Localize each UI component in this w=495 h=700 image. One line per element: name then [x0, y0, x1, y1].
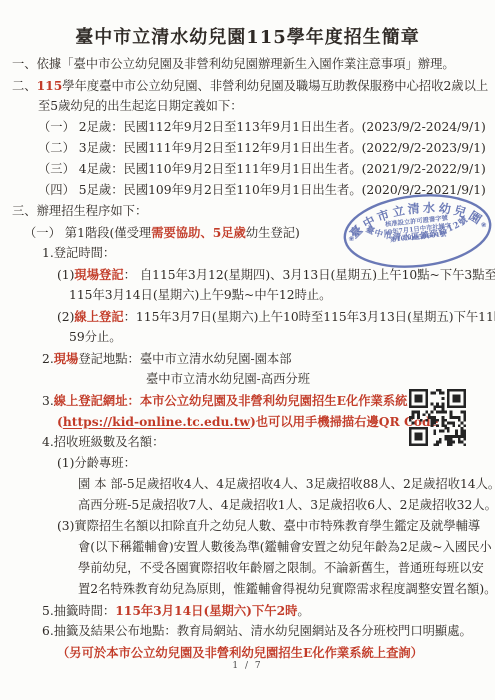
text-line: 園 本 部-5足歲招收4人、4足歲招收4人、3足歲招收88人、2足歲招收14人。 — [0, 474, 495, 495]
text-run: 學年度臺中市公立幼兒園、非營利幼兒園及職場互助教保服務中心招收2歲以上 — [62, 79, 488, 93]
text-run: 1.登記時間： — [42, 246, 115, 260]
highlighted-text-run: 現場 — [54, 351, 79, 366]
text-run: （一） 2足歲：民國112年9月2日至113年9月1日出生者。(2023/9/2… — [38, 120, 486, 134]
text-line: 會(以下稱鑑輔會)安置人數後為準(鑑輔會安置之幼兒年齡為2足歲~入國民小 — [0, 537, 495, 558]
document-body: 一、依據「臺中市公立幼兒園及非營利幼兒園辦理新生入園作業注意事項」辦理。二、11… — [0, 54, 495, 663]
text-run: (1) — [57, 268, 74, 282]
highlighted-text-run: 線上登記網址：本市公立幼兒園及非營利幼兒園招生E化作業系統 — [54, 393, 408, 408]
text-line: 三、辦理招生程序如下： — [0, 201, 495, 222]
text-line: （四） 5足歲：民國109年9月2日至110年9月1日出生者。(2020/9/2… — [0, 180, 495, 201]
text-run: 。 — [297, 604, 309, 618]
text-run: 幼生登記) — [246, 226, 300, 240]
text-run: （三） 4足歲：民國110年9月2日至111年9月1日出生者。(2021/9/2… — [38, 162, 486, 176]
text-line: （一） 第1階段(僅受理需要協助、5足歲幼生登記) — [0, 222, 495, 243]
text-run: ： 自115年3月12(星期四)、3月13日(星期五)上午10點~下午3點至 — [124, 268, 495, 282]
text-run: 59分止。 — [69, 330, 122, 344]
text-run: 二、 — [12, 79, 37, 93]
text-run: 5.抽籤時間： — [42, 604, 115, 618]
text-run: 會(以下稱鑑輔會)安置人數後為準(鑑輔會安置之幼兒年齡為2足歲~入國民小 — [78, 540, 492, 554]
text-run: （四） 5足歲：民國109年9月2日至110年9月1日出生者。(2020/9/2… — [38, 183, 486, 197]
text-run: (1)分齡專班： — [57, 456, 136, 470]
text-line: 臺中市立清水幼兒園-高西分班 — [0, 369, 495, 390]
text-run: (3)實際招生名額以扣除直升之幼兒人數、臺中市特殊教育學生鑑定及就學輔導 — [57, 519, 480, 533]
text-line: 二、115學年度臺中市公立幼兒園、非營利幼兒園及職場互助教保服務中心招收2歲以上 — [0, 75, 495, 96]
highlighted-text-run: 115 — [37, 78, 63, 93]
text-run: 三、辦理招生程序如下： — [12, 204, 147, 218]
text-run: 3. — [42, 394, 54, 408]
text-run: （二） 3足歲：民國111年9月2日至112年9月1日出生者。(2022/9/2… — [38, 141, 486, 155]
text-line: 至5歲幼兒的出生起迄日期定義如下： — [0, 96, 495, 117]
text-line: 59分止。 — [0, 327, 495, 348]
text-run: 2. — [42, 352, 54, 366]
highlighted-text-run: 115年3月14日(星期六)下午2時 — [115, 603, 297, 618]
text-line: (1)現場登記： 自115年3月12(星期四)、3月13日(星期五)上午10點~… — [0, 264, 495, 285]
text-line: 5.抽籤時間：115年3月14日(星期六)下午2時。 — [0, 600, 495, 621]
highlighted-text-run: 需要協助、5足歲 — [151, 225, 246, 240]
text-run: 6.抽籤及結果公布地點：教育局網站、清水幼兒園網站及各分班校門口明顯處。 — [42, 624, 472, 638]
text-run: 一、依據「臺中市公立幼兒園及非營利幼兒園辦理新生入園作業注意事項」辦理。 — [12, 57, 455, 71]
text-run: 置2名特殊教育幼兒為原則，惟鑑輔會得視幼兒實際需求程度調整安置名額)。 — [78, 582, 495, 596]
highlighted-text-run: https://kid-online.tc.edu.tw — [63, 414, 250, 429]
text-run: 園 本 部-5足歲招收4人、4足歲招收4人、3足歲招收88人、2足歲招收14人。 — [78, 477, 495, 491]
document-title: 臺中市立清水幼兒園115學年度招生簡章 — [0, 22, 495, 54]
text-run: 臺中市立清水幼兒園-高西分班 — [146, 372, 310, 386]
text-line: (3)實際招生名額以扣除直升之幼兒人數、臺中市特殊教育學生鑑定及就學輔導 — [0, 516, 495, 537]
text-run: （一） 第1階段(僅受理 — [24, 226, 151, 240]
text-line: 1.登記時間： — [0, 243, 495, 264]
text-run: 115年3月14日(星期六)上午9點~中午12時止。 — [69, 288, 331, 302]
text-run: 至5歲幼兒的出生起迄日期定義如下： — [38, 99, 243, 113]
qr-code — [409, 389, 466, 446]
text-line: （一） 2足歲：民國112年9月2日至113年9月1日出生者。(2023/9/2… — [0, 117, 495, 138]
text-run: 登記地點：臺中市立清水幼兒園-園本部 — [78, 352, 291, 366]
text-run: 高西分班-5足歲招收7人、4足歲招收1人、3足歲招收6人、2足歲招收32人。 — [78, 498, 495, 512]
text-line: （二） 3足歲：民國111年9月2日至112年9月1日出生者。(2022/9/2… — [0, 138, 495, 159]
text-line: 高西分班-5足歲招收7人、4足歲招收1人、3足歲招收6人、2足歲招收32人。 — [0, 495, 495, 516]
text-line: （另可於本市公立幼兒園及非營利幼兒園招生E化作業系統上查詢） — [0, 642, 495, 663]
highlighted-text-run: 線上登記 — [74, 309, 123, 324]
text-line: (1)分齡專班： — [0, 453, 495, 474]
text-line: 115年3月14日(星期六)上午9點~中午12時止。 — [0, 285, 495, 306]
text-line: 學前幼兒，不受各園實際招收年齡層之限制。不論新舊生，普通班每班以安 — [0, 558, 495, 579]
text-line: （三） 4足歲：民國110年9月2日至111年9月1日出生者。(2021/9/2… — [0, 159, 495, 180]
document-page: 臺中市立清水幼兒園115學年度招生簡章 一、依據「臺中市公立幼兒園及非營利幼兒園… — [0, 0, 495, 700]
text-line: 置2名特殊教育幼兒為原則，惟鑑輔會得視幼兒實際需求程度調整安置名額)。 — [0, 579, 495, 600]
qr-code-modules — [409, 389, 466, 446]
text-run: ：115年3月7日(星期六)上午10時至115年3月13日(星期五)下午11時 — [124, 310, 495, 324]
text-line: 2.現場登記地點：臺中市立清水幼兒園-園本部 — [0, 348, 495, 369]
text-line: (2)線上登記：115年3月7日(星期六)上午10時至115年3月13日(星期五… — [0, 306, 495, 327]
text-run: 學前幼兒，不受各園實際招收年齡層之限制。不論新舊生，普通班每班以安 — [78, 561, 484, 575]
text-run: 4.招收班級數及名額： — [42, 435, 164, 449]
text-run: (2) — [57, 310, 74, 324]
text-line: 一、依據「臺中市公立幼兒園及非營利幼兒園辦理新生入園作業注意事項」辦理。 — [0, 54, 495, 75]
text-line: 6.抽籤及結果公布地點：教育局網站、清水幼兒園網站及各分班校門口明顯處。 — [0, 621, 495, 642]
highlighted-text-run: （另可於本市公立幼兒園及非營利幼兒園招生E化作業系統上查詢） — [57, 645, 423, 660]
highlighted-text-run: 現場登記 — [74, 267, 123, 282]
